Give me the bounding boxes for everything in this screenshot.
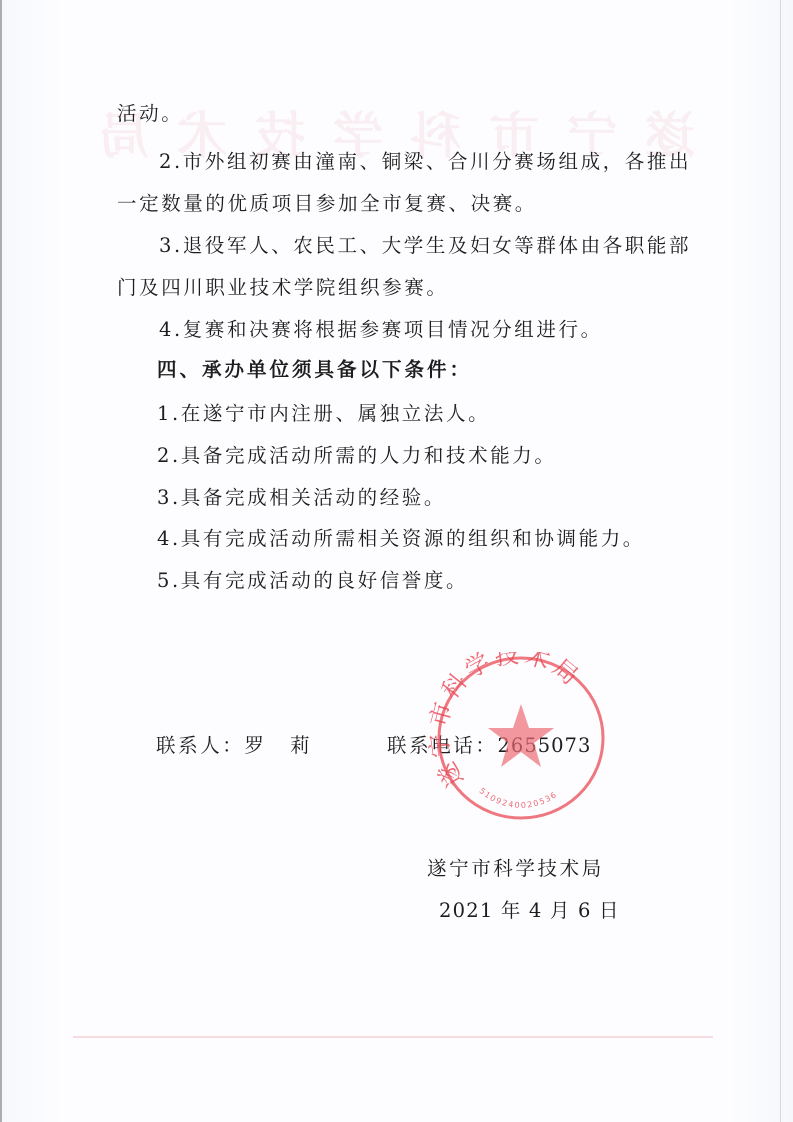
svg-text:遂宁市科学技术局: 遂宁市科学技术局 [425,652,587,792]
seal-star-icon [488,704,554,767]
signature-date: 2021 年 4 月 6 日 [439,901,620,921]
contact-person-name: 罗 莉 [244,734,319,757]
svg-text:5109240020536: 5109240020536 [477,786,559,810]
seal-text: 遂宁市科学技术局 [425,652,587,792]
body-line-3: 一定数量的优质项目参加全市复赛、决赛。 [117,194,537,214]
condition-item-5: 5.具有完成活动的良好信誉度。 [157,571,468,591]
condition-item-3: 3.具备完成相关活动的经验。 [157,488,446,508]
body-line-2: 2.市外组初赛由潼南、铜梁、合川分赛场组成，各推出 [159,152,691,172]
contact-person: 联系人：罗 莉 [156,736,320,756]
seal-code: 5109240020536 [477,786,559,810]
scan-edge-right [780,0,781,1122]
scan-edge-left [0,0,2,1122]
section-heading: 四、承办单位须具备以下条件： [157,360,472,380]
body-line-4: 3.退役军人、农民工、大学生及妇女等群体由各职能部 [159,236,691,256]
condition-item-1: 1.在遂宁市内注册、属独立法人。 [157,404,490,424]
footer-rule [73,1036,713,1038]
condition-item-4: 4.具有完成活动所需相关资源的组织和协调能力。 [157,529,645,549]
body-line-1: 活动。 [117,104,183,124]
official-seal-stamp: 遂宁市科学技术局 5109240020536 [425,652,613,820]
contact-person-label: 联系人： [156,734,244,757]
condition-item-2: 2.具备完成活动所需的人力和技术能力。 [157,446,557,466]
body-line-5: 门及四川职业技术学院组织参赛。 [117,278,449,298]
body-line-6: 4.复赛和决赛将根据参赛项目情况分组进行。 [159,320,603,340]
signature-organization: 遂宁市科学技术局 [427,859,604,879]
document-page: 遂宁市科学技术局 活动。 2.市外组初赛由潼南、铜梁、合川分赛场组成，各推出 一… [0,0,793,1122]
